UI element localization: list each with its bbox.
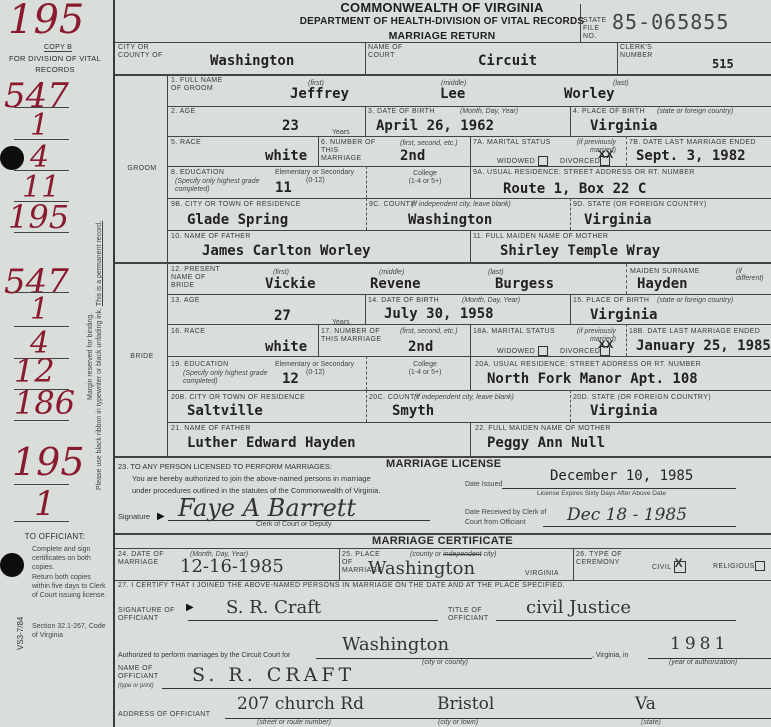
clerk-signature-field[interactable]: Faye A Barrett xyxy=(168,496,430,521)
bride-first-name: Vickie xyxy=(265,276,316,292)
date-issued-field[interactable]: December 10, 1985 xyxy=(502,464,736,489)
margin-code: 1 xyxy=(30,292,49,327)
header-line2: DEPARTMENT OF HEALTH-DIVISION OF VITAL R… xyxy=(262,16,622,27)
court-label: NAME OF COURT xyxy=(368,44,408,60)
margin-code: 195 xyxy=(12,440,85,484)
civil-checkbox[interactable]: CIVIL X xyxy=(652,561,686,573)
marriage-date: 12-16-1985 xyxy=(180,556,284,577)
certificate-title: MARRIAGE CERTIFICATE xyxy=(372,535,513,547)
state-file-label: STATE FILE NO. xyxy=(583,17,605,41)
header-line3: MARRIAGE RETURN xyxy=(282,30,602,42)
authorization-place-field[interactable]: Washington xyxy=(316,636,592,659)
authorization-year-field[interactable]: 1981 xyxy=(648,636,771,659)
officiant-name-field[interactable]: S. R. CRAFT xyxy=(162,666,771,689)
groom-middle-name: Lee xyxy=(440,86,465,102)
city-county-label: CITY OR COUNTY OF xyxy=(118,44,173,60)
date-received-field[interactable]: Dec 18 - 1985 xyxy=(543,505,736,527)
officiant-heading: TO OFFICIANT: xyxy=(0,532,110,541)
officiant-name: S. R. CRAFT xyxy=(192,664,355,686)
clerk-number-value: 515 xyxy=(712,57,734,71)
copy-label: COPY B xyxy=(44,44,72,52)
officiant-street: 207 church Rd xyxy=(237,694,364,714)
bride-state: Virginia xyxy=(590,403,657,419)
bride-birthplace: Virginia xyxy=(590,307,657,323)
city-county-value: Washington xyxy=(210,53,294,69)
groom-divorced-checkbox[interactable]: DIVORCEDXX xyxy=(560,156,610,166)
officiant-title: civil Justice xyxy=(526,597,631,618)
punch-hole xyxy=(0,553,24,577)
margin-code: 195 xyxy=(8,198,69,236)
bride-mother: Peggy Ann Null xyxy=(487,435,605,451)
groom-state: Virginia xyxy=(584,212,651,228)
officiant-state: Va xyxy=(635,694,656,714)
officiant-city: Bristol xyxy=(437,694,494,714)
groom-city: Glade Spring xyxy=(187,212,288,228)
groom-street-address: Route 1, Box 22 C xyxy=(503,181,646,197)
header-line1: COMMONWEALTH OF VIRGINIA xyxy=(282,0,602,15)
bride-education-elementary: 12 xyxy=(282,371,299,387)
officiant-signature-field[interactable]: S. R. Craft xyxy=(188,598,438,621)
margin-code: 1 xyxy=(34,484,56,524)
bride-section-label: BRIDE xyxy=(118,353,166,361)
groom-county: Washington xyxy=(408,212,492,228)
clerk-number-label: CLERK'S NUMBER xyxy=(620,44,670,60)
state-file-number: 85-065855 xyxy=(612,10,729,34)
religious-checkbox[interactable]: RELIGIOUS xyxy=(713,561,765,571)
bride-age: 27 xyxy=(274,308,291,324)
groom-widowed-checkbox[interactable]: WIDOWED xyxy=(497,156,548,166)
groom-marriage-number: 2nd xyxy=(400,148,425,164)
officiant-address-field[interactable]: 207 church Rd Bristol Va xyxy=(225,696,771,719)
officiant-signature: S. R. Craft xyxy=(226,597,321,618)
authorization-place: Washington xyxy=(342,634,449,655)
bride-city: Saltville xyxy=(187,403,263,419)
bride-dob: July 30, 1958 xyxy=(384,306,494,322)
groom-race: white xyxy=(265,148,307,164)
bride-last-name: Burgess xyxy=(495,276,554,292)
groom-last-marriage-ended: Sept. 3, 1982 xyxy=(636,148,746,164)
marriage-place: Washington xyxy=(368,558,475,579)
officiant-title-field[interactable]: civil Justice xyxy=(496,598,736,621)
punch-hole xyxy=(0,146,24,170)
date-issued: December 10, 1985 xyxy=(550,468,693,484)
bride-middle-name: Revene xyxy=(370,276,421,292)
bride-race: white xyxy=(265,339,307,355)
copy-for-label: FOR DIVISION OF VITAL RECORDS xyxy=(0,53,110,75)
groom-father: James Carlton Worley xyxy=(202,243,371,259)
groom-last-name: Worley xyxy=(564,86,615,102)
authorization-year: 1981 xyxy=(670,634,729,654)
groom-name-label: 1. FULL NAME OF GROOM xyxy=(171,77,231,93)
groom-age: 23 xyxy=(282,118,299,134)
bride-widowed-checkbox[interactable]: WIDOWED xyxy=(497,346,548,356)
bride-father: Luther Edward Hayden xyxy=(187,435,356,451)
groom-section-label: GROOM xyxy=(118,165,166,173)
margin-top-number: 195 xyxy=(8,0,84,40)
groom-first-name: Jeffrey xyxy=(290,86,349,102)
groom-birthplace: Virginia xyxy=(590,118,657,134)
groom-dob: April 26, 1962 xyxy=(376,118,494,134)
bride-divorced-checkbox[interactable]: DIVORCEDXX xyxy=(560,346,610,356)
officiant-instructions-2: Return both copies within five days to C… xyxy=(32,573,110,600)
bride-marriage-number: 2nd xyxy=(408,339,433,355)
license-title: MARRIAGE LICENSE xyxy=(386,458,501,470)
clerk-signature: Faye A Barrett xyxy=(178,494,356,522)
bride-last-marriage-ended: January 25, 1985 xyxy=(636,338,771,354)
bride-maiden-surname: Hayden xyxy=(637,276,688,292)
bride-county: Smyth xyxy=(392,403,434,419)
groom-mother: Shirley Temple Wray xyxy=(500,243,660,259)
officiant-instructions-1: Complete and sign certificates on both c… xyxy=(32,545,110,572)
margin-code: 186 xyxy=(14,384,75,422)
bride-street-address: North Fork Manor Apt. 108 xyxy=(487,371,698,387)
groom-education-elementary: 11 xyxy=(275,180,292,196)
court-value: Circuit xyxy=(478,53,537,69)
date-received: Dec 18 - 1985 xyxy=(567,505,687,525)
margin-code: 1 xyxy=(30,108,49,143)
code-reference: Section 32.1-267, Code of Virginia xyxy=(32,622,110,640)
